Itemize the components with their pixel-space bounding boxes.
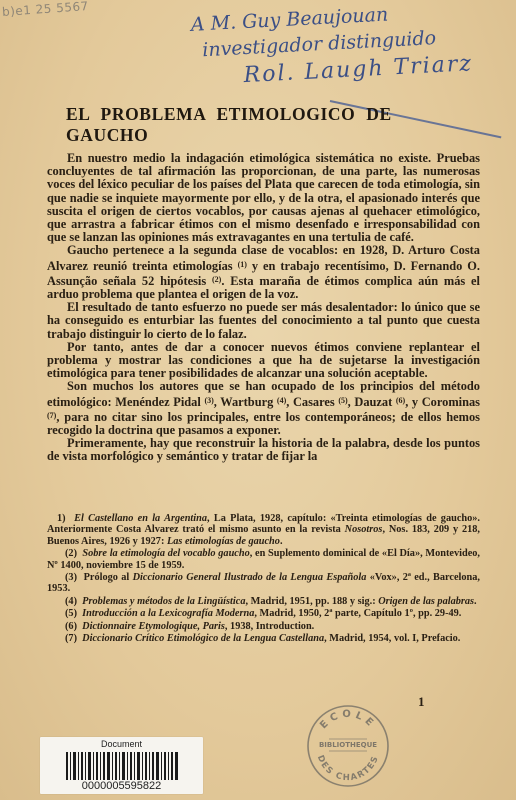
footnote-2: (2) Sobre la etimología del vocablo gauc… [47,548,480,571]
handwritten-dedication: A M. Guy Beaujouan investigador distingu… [170,0,510,11]
footnote-1: 1) El Castellano en la Argentina, La Pla… [47,513,480,547]
paragraph-4: Por tanto, antes de dar a conocer nuevos… [47,341,480,381]
paragraph-6: Primeramente, hay que reconstruir la his… [47,437,480,463]
footnote-ref-3: (3) [204,396,213,405]
footnote-6: (6) Dictionnaire Etymologique, Paris, 19… [47,621,480,632]
paragraph-3: El resultado de tanto esfuerzo no puede … [47,301,480,341]
article-body: En nuestro medio la indagación etimológi… [47,152,480,464]
footnote-ref-4: (4) [277,396,286,405]
barcode-number: 0000005595822 [40,780,203,792]
library-stamp-icon: ECOLE BIBLIOTHEQUE DES CHARTES [305,703,391,789]
barcode-label: Document 0000005595822 [40,737,203,794]
footnote-ref-1: (1) [238,260,247,269]
footnote-ref-5: (5) [338,396,347,405]
article-title: EL PROBLEMA ETIMOLOGICO DE GAUCHO [66,104,466,146]
barcode-title: Document [40,739,203,749]
paragraph-2: Gaucho pertenece a la segunda clase de v… [47,244,480,301]
barcode-icon [66,752,178,780]
page-number: 1 [418,694,425,710]
footnote-3: (3) Prólogo al Diccionario General Ilust… [47,572,480,595]
footnote-ref-6: (6) [396,396,405,405]
paragraph-1: En nuestro medio la indagación etimológi… [47,152,480,244]
footnote-5: (5) Introducción a la Lexicografía Moder… [47,608,480,619]
footnote-7: (7) Diccionario Crítico Etimológico de l… [47,633,480,644]
stamp-middle-text: BIBLIOTHEQUE [319,741,377,749]
footnotes: 1) El Castellano en la Argentina, La Pla… [47,513,480,645]
pencil-call-number: b)e1 25 5567 [2,0,90,19]
paragraph-5: Son muchos los autores que se han ocupad… [47,380,480,437]
document-page: b)e1 25 5567 A M. Guy Beaujouan investig… [0,0,516,800]
footnote-ref-7: (7) [47,411,56,420]
footnote-4: (4) Problemas y métodos de la Lingüístic… [47,596,480,607]
footnote-ref-2: (2) [212,275,221,284]
